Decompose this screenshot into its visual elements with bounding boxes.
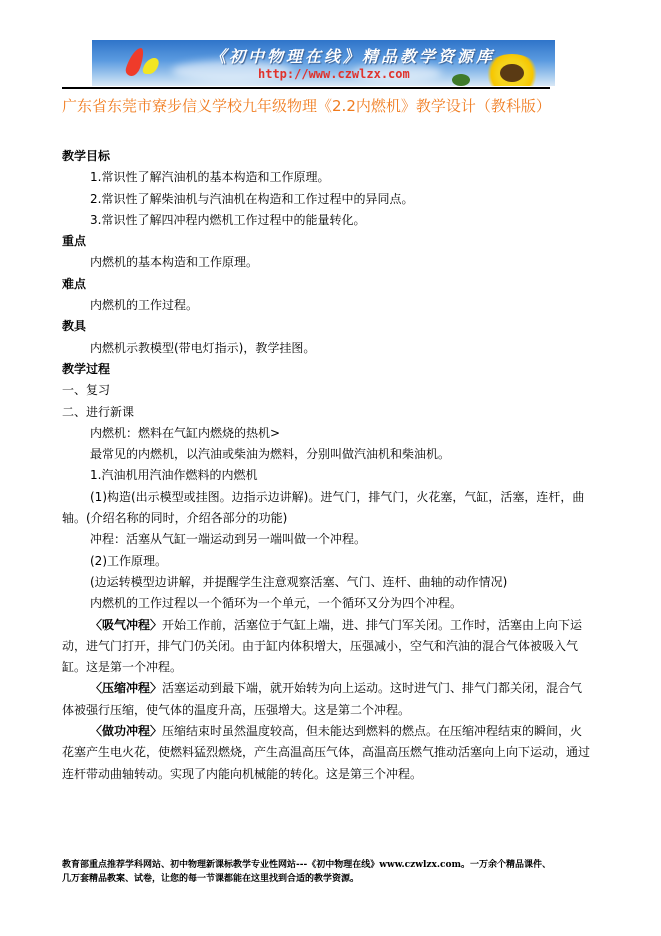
- banner-url: http://www.czwlzx.com: [258, 67, 410, 81]
- compression-stroke-tag: 〈压缩冲程〉: [90, 681, 162, 695]
- header-divider: [62, 87, 550, 89]
- definition-text: 内燃机：燃料在气缸内燃烧的热机>: [62, 423, 592, 444]
- document-body: 教学目标 1.常识性了解汽油机的基本构造和工作原理。 2.常识性了解柴油机与汽油…: [62, 146, 592, 785]
- banner-title: 《初中物理在线》精品教学资源库: [210, 44, 495, 67]
- structure-text: (1)构造(出示模型或挂图。边指示边讲解)。进气门，排气门，火花塞，气缸，活塞，…: [62, 487, 592, 530]
- common-engines-text: 最常见的内燃机，以汽油或柴油为燃料，分别叫做汽油机和柴油机。: [62, 444, 592, 465]
- power-stroke-tag: 〈做功冲程〉: [90, 724, 162, 738]
- leaf-icon: [452, 74, 470, 86]
- footer-line-1: 教育部重点推荐学科网站、初中物理新课标教学专业性网站---《初中物理在线》www…: [62, 858, 602, 872]
- logo-yellow-shape-icon: [141, 58, 161, 74]
- objective-item: 1.常识性了解汽油机的基本构造和工作原理。: [62, 167, 592, 188]
- key-points-text: 内燃机的基本构造和工作原理。: [62, 252, 592, 273]
- heading-difficulties: 难点: [62, 274, 592, 295]
- intake-stroke-paragraph: 〈吸气冲程〉开始工作前，活塞位于气缸上端，进、排气门军关闭。工作时，活塞由上向下…: [62, 615, 592, 679]
- demo-text: (边运转模型边讲解，并提醒学生注意观察活塞、气门、连杆、曲轴的动作情况): [62, 572, 592, 593]
- stroke-definition-text: 冲程：活塞从气缸一端运动到另一端叫做一个冲程。: [62, 529, 592, 550]
- gasoline-engine-text: 1.汽油机用汽油作燃料的内燃机: [62, 465, 592, 486]
- objective-item: 3.常识性了解四冲程内燃机工作过程中的能量转化。: [62, 210, 592, 231]
- document-title: 广东省东莞市寮步信义学校九年级物理《2.2内燃机》教学设计（教科版）: [62, 95, 551, 116]
- heading-process: 教学过程: [62, 359, 592, 380]
- footer-line-2: 几万套精品教案、试卷，让您的每一节课都能在这里找到合适的教学资源。: [62, 872, 602, 886]
- page-footer: 教育部重点推荐学科网站、初中物理新课标教学专业性网站---《初中物理在线》www…: [62, 858, 602, 886]
- heading-key-points: 重点: [62, 231, 592, 252]
- sunflower-center: [500, 64, 524, 82]
- heading-objectives: 教学目标: [62, 146, 592, 167]
- cycle-text: 内燃机的工作过程以一个循环为一个单元，一个循环又分为四个冲程。: [62, 593, 592, 614]
- heading-teaching-aids: 教具: [62, 316, 592, 337]
- sunflower-icon: [484, 54, 540, 86]
- objective-item: 2.常识性了解柴油机与汽油机在构造和工作过程中的异同点。: [62, 189, 592, 210]
- intake-stroke-tag: 〈吸气冲程〉: [90, 618, 162, 632]
- power-stroke-paragraph: 〈做功冲程〉压缩结束时虽然温度较高，但未能达到燃料的燃点。在压缩冲程结束的瞬间，…: [62, 721, 592, 785]
- principle-text: (2)工作原理。: [62, 551, 592, 572]
- difficulties-text: 内燃机的工作过程。: [62, 295, 592, 316]
- site-banner: 《初中物理在线》精品教学资源库 http://www.czwlzx.com: [92, 40, 555, 86]
- process-step-review: 一、复习: [62, 380, 592, 401]
- teaching-aids-text: 内燃机示教模型(带电灯指示)，教学挂图。: [62, 338, 592, 359]
- process-step-new-lesson: 二、进行新课: [62, 402, 592, 423]
- compression-stroke-paragraph: 〈压缩冲程〉活塞运动到最下端，就开始转为向上运动。这时进气门、排气门都关闭，混合…: [62, 678, 592, 721]
